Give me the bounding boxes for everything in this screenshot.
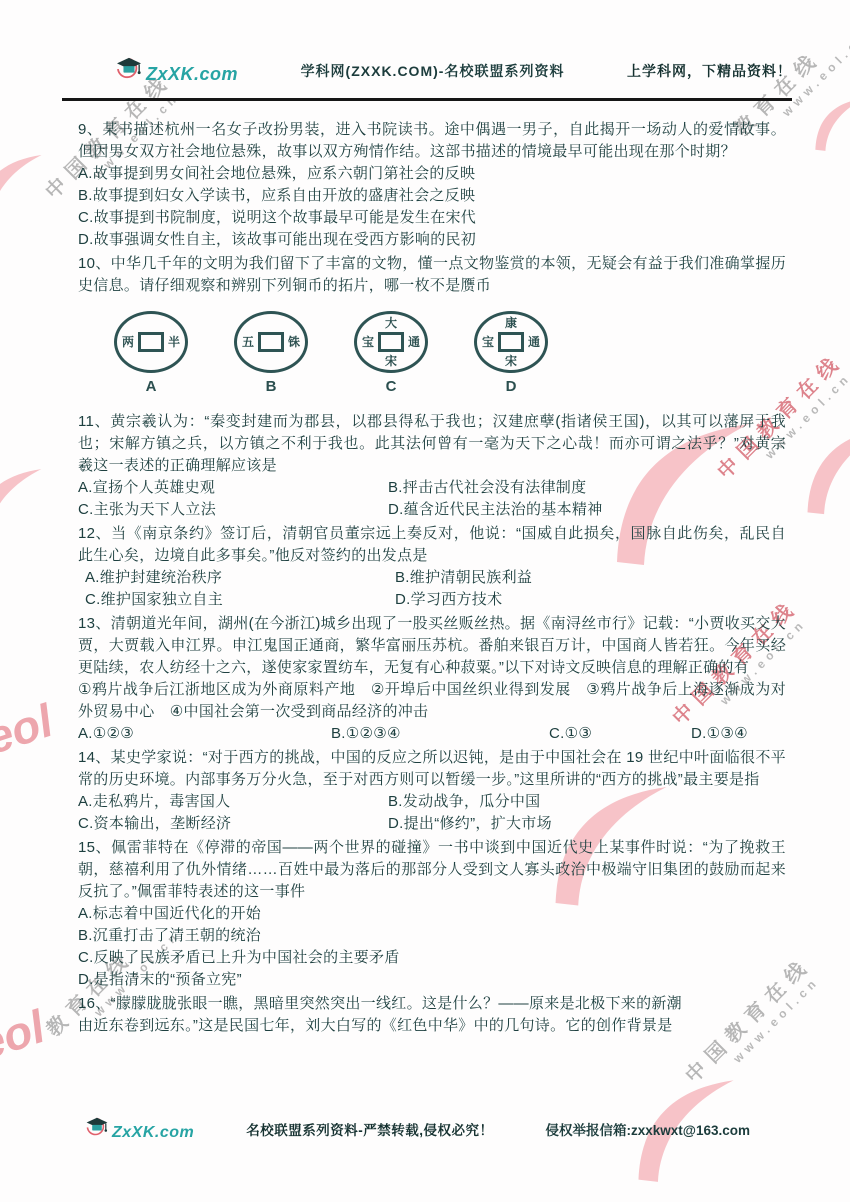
coin-character: 宋: [385, 355, 397, 367]
header-divider: [62, 98, 792, 101]
question-stem: 13、清朝道光年间，湖州(在今浙江)城乡出现了一股买丝贩丝热。据《南浔丝市行》记…: [78, 613, 786, 679]
question: 11、黄宗羲认为：“秦变封建而为郡县，以郡县得私于我也；汉建庶孽(指诸侯王国)，…: [78, 411, 786, 521]
coin-label: B: [234, 378, 308, 395]
option: B.抨击古代社会没有法律制度: [388, 477, 786, 499]
option: B.故事提到妇女入学读书，应系自由开放的盛唐社会之反映: [78, 185, 786, 207]
option: D.故事强调女性自主，该故事可能出现在受西方影响的民初: [78, 229, 786, 251]
coin-character: 铢: [288, 336, 300, 348]
question-stem: 10、中华几千年的文明为我们留下了丰富的文物，懂一点文物鉴赏的本领，无疑会有益于…: [78, 253, 786, 297]
question-options: A.走私鸦片，毒害国人B.发动战争，瓜分中国C.资本输出，垄断经济D.提出“修约…: [78, 791, 786, 835]
option: A.故事提到男女间社会地位悬殊，应系六朝门第社会的反映: [78, 163, 786, 185]
page-header: ZxXK.com 学科网(ZXXK.COM)-名校联盟系列资料 上学科网，下精品…: [60, 56, 792, 85]
coin-hole: [378, 332, 404, 352]
eol-swoosh-icon: [802, 424, 850, 521]
option: B.沉重打击了清王朝的统治: [78, 925, 786, 947]
option: D.是指清末的“预备立宪”: [78, 969, 786, 991]
coin: 两半A: [114, 311, 188, 395]
option: A.维护封建统治秩序: [85, 567, 395, 589]
option: A.①②③: [78, 723, 331, 745]
question-options: A.宣扬个人英雄史观B.抨击古代社会没有法律制度C.主张为天下人立法D.蕴含近代…: [78, 477, 786, 521]
question-options: A.维护封建统治秩序B.维护清朝民族利益C.维护国家独立自主D.学习西方技术: [78, 567, 786, 611]
coin: 大宋宝通C: [354, 311, 428, 395]
option: A.标志着中国近代化的开始: [78, 903, 786, 925]
coin-label: A: [114, 378, 188, 395]
zxxk-logo-text: ZxXK.com: [146, 64, 238, 85]
coin-character: 宋: [505, 355, 517, 367]
footer-right-text: 侵权举报信箱:zxxkwxt@163.com: [546, 1119, 750, 1139]
option: B.维护清朝民族利益: [395, 567, 786, 589]
coin-character: 大: [385, 317, 397, 329]
coin-character: 康: [505, 317, 517, 329]
coin-character: 通: [408, 336, 420, 348]
question-extra: 由近东卷到远东。”这是民国七年，刘大白写的《红色中华》中的几句诗。它的创作背景是: [78, 1015, 786, 1037]
question: 9、某书描述杭州一名女子改扮男装，进入书院读书。途中偶遇一男子，自此揭开一场动人…: [78, 119, 786, 251]
coin-character: 半: [168, 336, 180, 348]
question: 13、清朝道光年间，湖州(在今浙江)城乡出现了一股买丝贩丝热。据《南浔丝市行》记…: [78, 613, 786, 745]
question-list: 9、某书描述杭州一名女子改扮男装，进入书院读书。途中偶遇一男子，自此揭开一场动人…: [78, 119, 786, 1039]
option: C.反映了民族矛盾已上升为中国社会的主要矛盾: [78, 947, 786, 969]
question-stem: 11、黄宗羲认为：“秦变封建而为郡县，以郡县得私于我也；汉建庶孽(指诸侯王国)，…: [78, 411, 786, 477]
graduation-cap-icon: [85, 1116, 109, 1142]
option: C.①③: [549, 723, 691, 745]
coin: 康宋宝通D: [474, 311, 548, 395]
option: A.宣扬个人英雄史观: [78, 477, 388, 499]
question: 10、中华几千年的文明为我们留下了丰富的文物，懂一点文物鉴赏的本领，无疑会有益于…: [78, 253, 786, 395]
option: D.蕴含近代民主法治的基本精神: [388, 499, 786, 521]
question: 15、佩雷菲特在《停滞的帝国——两个世界的碰撞》一书中谈到中国近代史上某事件时说…: [78, 837, 786, 991]
option: D.①③④: [691, 723, 786, 745]
footer-center-text: 名校联盟系列资料-严禁转载,侵权必究！: [194, 1119, 545, 1139]
option: D.提出“修约”，扩大市场: [388, 813, 786, 835]
coin-hole: [498, 332, 524, 352]
page-footer: ZxXK.com 名校联盟系列资料-严禁转载,侵权必究！ 侵权举报信箱:zxxk…: [60, 1116, 780, 1142]
graduation-cap-icon: [115, 56, 143, 85]
question: 14、某史学家说：“对于西方的挑战，中国的反应之所以迟钝，是由于中国社会在 19…: [78, 747, 786, 835]
coin-figure: 两半A五铢B大宋宝通C康宋宝通D: [114, 311, 786, 395]
zxxk-logo-text: ZxXK.com: [112, 1124, 194, 1142]
coin-character: 两: [122, 336, 134, 348]
question-stem: 9、某书描述杭州一名女子改扮男装，进入书院读书。途中偶遇一男子，自此揭开一场动人…: [78, 119, 786, 163]
coin-hole: [138, 332, 164, 352]
question-options: A.标志着中国近代化的开始B.沉重打击了清王朝的统治C.反映了民族矛盾已上升为中…: [78, 903, 786, 991]
option: C.故事提到书院制度，说明这个故事最早可能是发生在宋代: [78, 207, 786, 229]
header-center-text: 学科网(ZXXK.COM)-名校联盟系列资料: [238, 61, 627, 81]
option: C.主张为天下人立法: [78, 499, 388, 521]
coin-character: 通: [528, 336, 540, 348]
question-stem: 15、佩雷菲特在《停滞的帝国——两个世界的碰撞》一书中谈到中国近代史上某事件时说…: [78, 837, 786, 903]
coin-hole: [258, 332, 284, 352]
question-stem: 16、“朦朦胧胧张眼一瞧，黑暗里突然突出一线红。这是什么？——原来是北极下来的新…: [78, 993, 786, 1015]
option: A.走私鸦片，毒害国人: [78, 791, 388, 813]
coin-label: C: [354, 378, 428, 395]
question-stem: 12、当《南京条约》签订后，清朝官员董宗远上奏反对，他说：“国威自此损矣，国脉自…: [78, 523, 786, 567]
question: 12、当《南京条约》签订后，清朝官员董宗远上奏反对，他说：“国威自此损矣，国脉自…: [78, 523, 786, 611]
option: C.资本输出，垄断经济: [78, 813, 388, 835]
coin-rubbing: 五铢: [234, 311, 308, 373]
coin-rubbing: 大宋宝通: [354, 311, 428, 373]
question-options: A.①②③B.①②③④C.①③D.①③④: [78, 723, 786, 745]
coin-rubbing: 康宋宝通: [474, 311, 548, 373]
coin-label: D: [474, 378, 548, 395]
eol-logo-text: eol: [0, 697, 58, 761]
question: 16、“朦朦胧胧张眼一瞧，黑暗里突然突出一线红。这是什么？——原来是北极下来的新…: [78, 993, 786, 1037]
option: B.①②③④: [331, 723, 549, 745]
option: C.维护国家独立自主: [85, 589, 395, 611]
coin-character: 五: [242, 336, 254, 348]
eol-swoosh-icon: [0, 152, 46, 231]
coin: 五铢B: [234, 311, 308, 395]
coin-character: 宝: [362, 336, 374, 348]
coin-rubbing: 两半: [114, 311, 188, 373]
option: B.发动战争，瓜分中国: [388, 791, 786, 813]
coin-character: 宝: [482, 336, 494, 348]
eol-swoosh-icon: [0, 466, 46, 549]
zxxk-logo-footer: ZxXK.com: [85, 1116, 194, 1142]
option: D.学习西方技术: [395, 589, 786, 611]
eol-swoosh-icon: [812, 96, 850, 157]
zxxk-logo: ZxXK.com: [115, 56, 238, 85]
question-extra: ①鸦片战争后江浙地区成为外商原料产地 ②开埠后中国丝织业得到发展 ③鸦片战争后上…: [78, 679, 786, 723]
question-options: A.故事提到男女间社会地位悬殊，应系六朝门第社会的反映B.故事提到妇女入学读书，…: [78, 163, 786, 251]
header-right-text: 上学科网，下精品资料！: [627, 61, 792, 81]
eol-logo-text: eol: [0, 1003, 50, 1067]
question-stem: 14、某史学家说：“对于西方的挑战，中国的反应之所以迟钝，是由于中国社会在 19…: [78, 747, 786, 791]
